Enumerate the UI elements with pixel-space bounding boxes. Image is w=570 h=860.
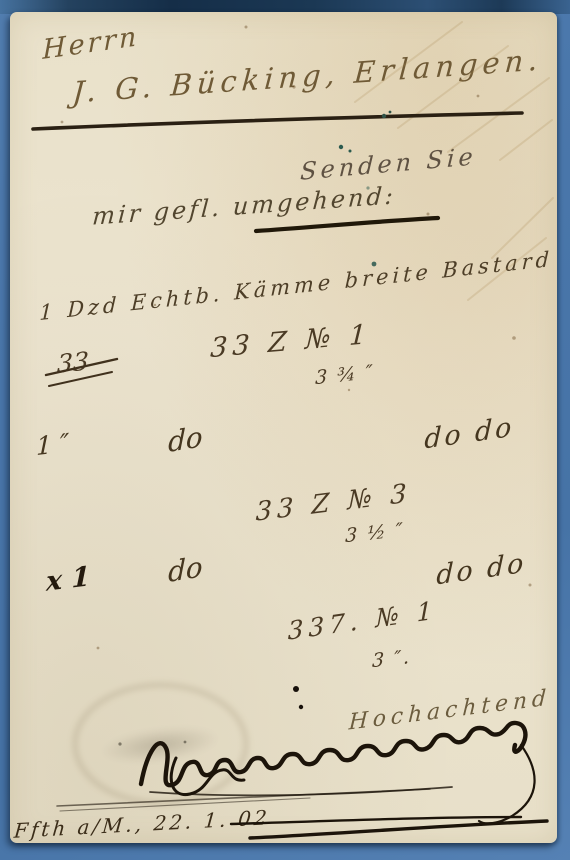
scanned-postcard-scene: Herrn J. G. Bücking, Erlangen. Senden Si… — [0, 0, 570, 860]
